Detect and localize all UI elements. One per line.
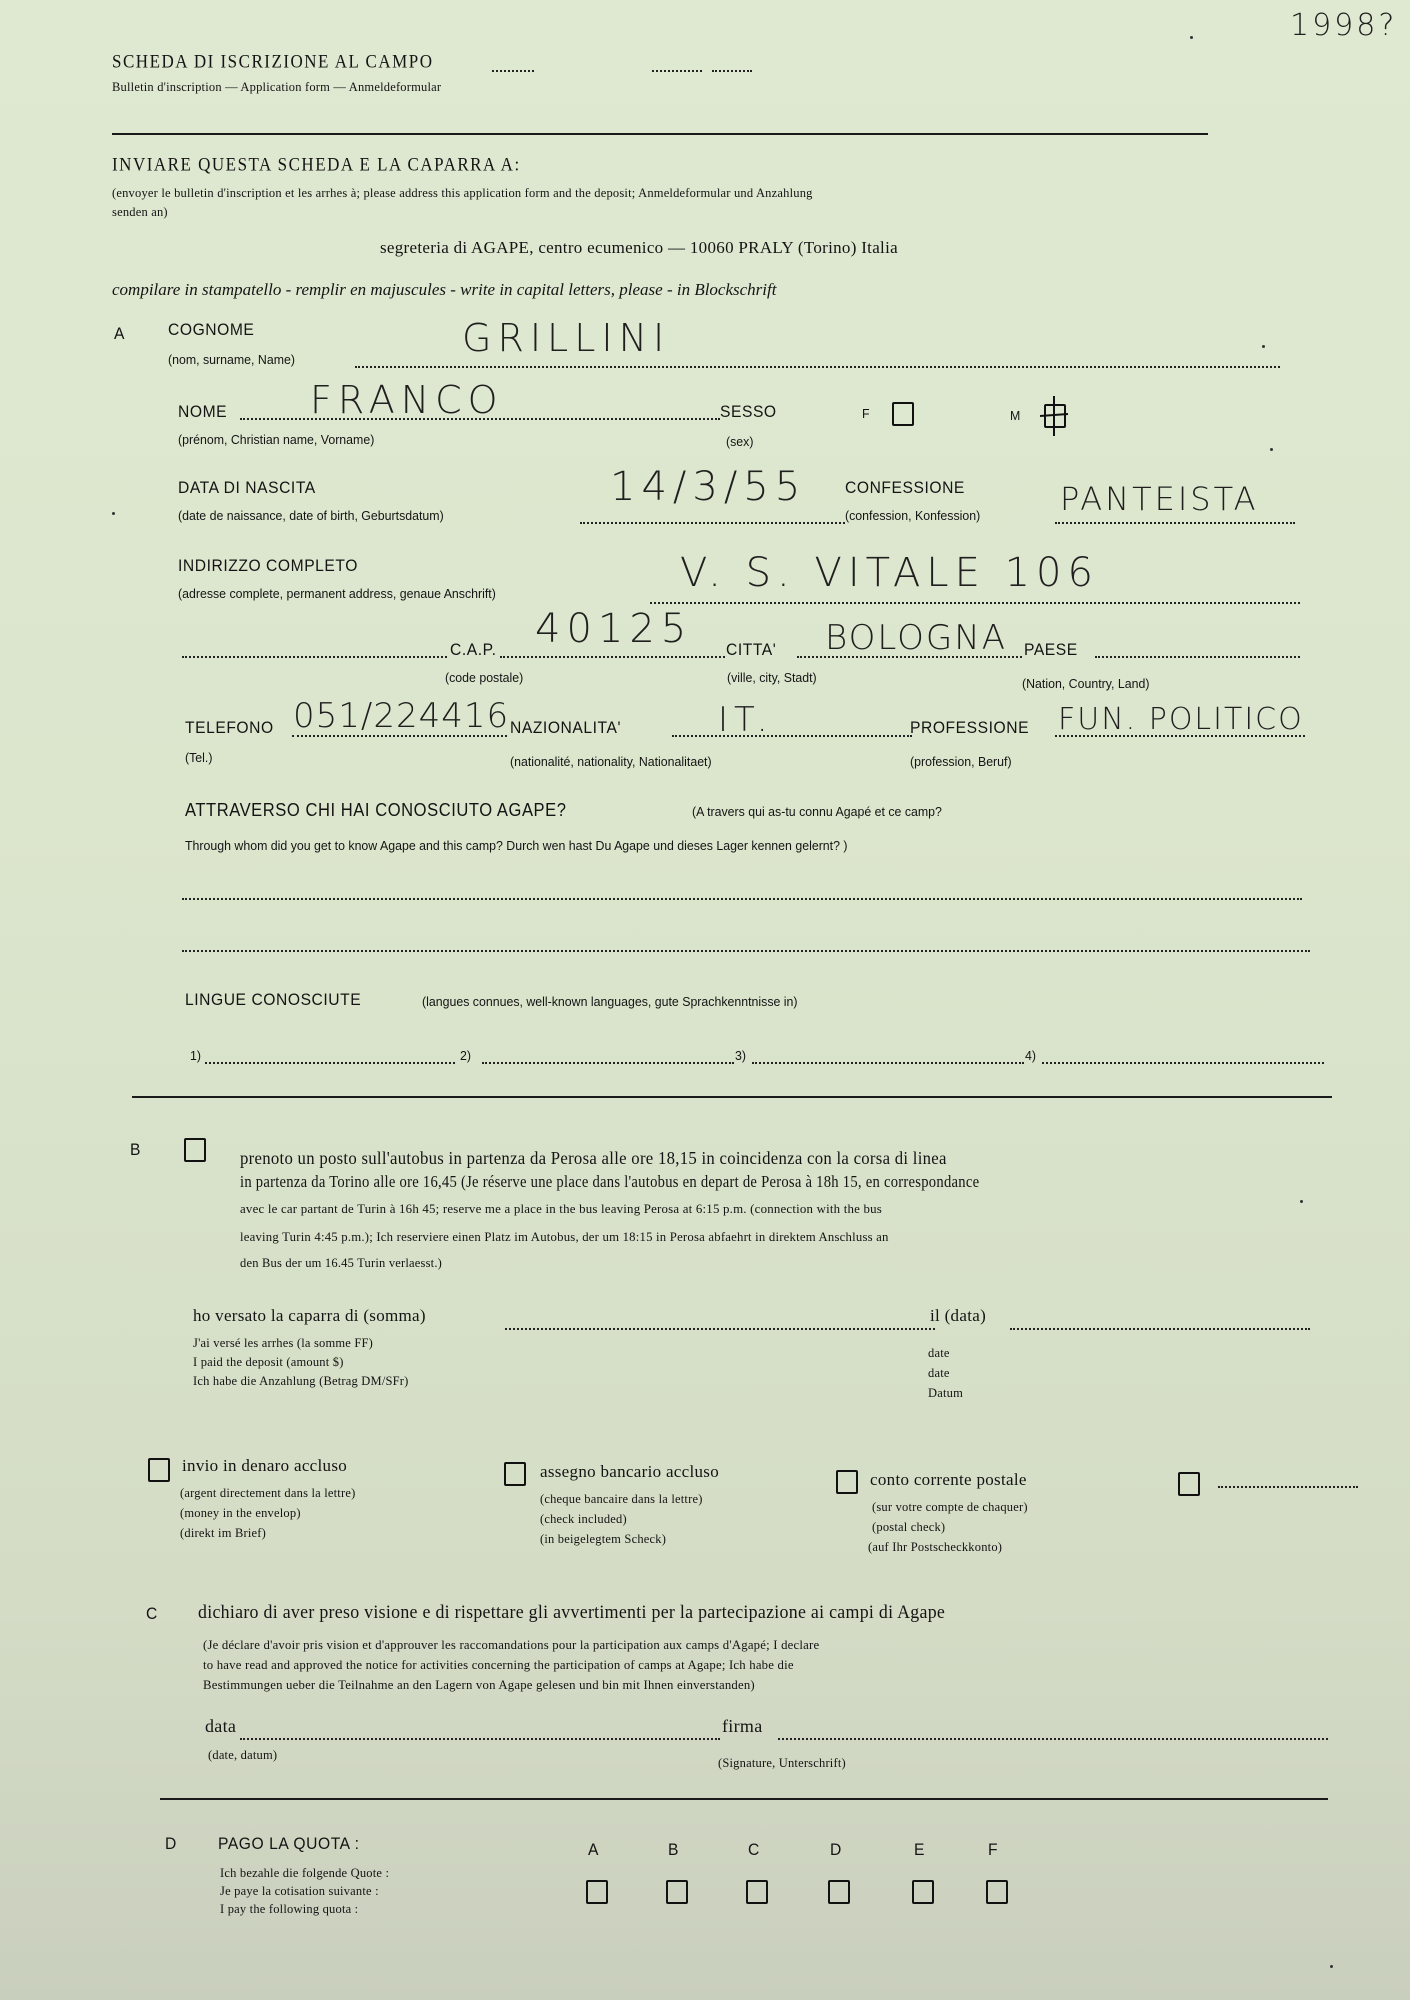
quota-f-checkbox[interactable]: [986, 1880, 1008, 1904]
quota-f-label: F: [988, 1840, 998, 1860]
nationality-label: NAZIONALITA': [510, 718, 621, 738]
profession-sub: (profession, Beruf): [910, 754, 1012, 769]
cap-field-line[interactable]: [500, 656, 725, 658]
surname-label: COGNOME: [168, 320, 254, 340]
birth-date-value[interactable]: 14/3/55: [610, 464, 806, 510]
scan-speck: [1262, 345, 1265, 348]
title-dots-3: [712, 70, 752, 72]
declaration-date-field[interactable]: [240, 1738, 720, 1740]
surname-sub: (nom, surname, Name): [168, 352, 295, 367]
payment-cheque-checkbox[interactable]: [504, 1462, 526, 1486]
deposit-sub-en: I paid the deposit (amount $): [193, 1355, 344, 1370]
deposit-date-de: Datum: [928, 1386, 963, 1401]
payment-cash-sub-de: (direkt im Brief): [180, 1526, 266, 1541]
confession-value[interactable]: PANTEISTA: [1060, 480, 1259, 518]
birth-date-sub: (date de naissance, date of birth, Gebur…: [178, 508, 444, 523]
language-field-4[interactable]: [1042, 1062, 1324, 1064]
address-label: INDIRIZZO COMPLETO: [178, 556, 358, 576]
quota-sub-fr: Je paye la cotisation suivante :: [220, 1884, 379, 1899]
payment-cheque-sub-fr: (cheque bancaire dans la lettre): [540, 1492, 703, 1507]
payment-cash-label: invio in denaro accluso: [182, 1456, 347, 1476]
handwritten-year-annotation: 1998?: [1290, 8, 1397, 43]
country-label: PAESE: [1024, 640, 1078, 660]
languages-sub: (langues connues, well-known languages, …: [422, 994, 798, 1009]
quota-c-checkbox[interactable]: [746, 1880, 768, 1904]
nationality-value[interactable]: IT.: [718, 700, 774, 740]
payment-postal-sub-fr: (sur votre compte de chaquer): [872, 1500, 1028, 1515]
quota-b-checkbox[interactable]: [666, 1880, 688, 1904]
payment-postal-label: conto corrente postale: [870, 1470, 1027, 1490]
confession-label: CONFESSIONE: [845, 478, 965, 498]
payment-cheque-label: assegno bancario accluso: [540, 1462, 719, 1482]
sex-m-checkbox[interactable]: [1044, 404, 1066, 428]
section-a-letter: A: [114, 324, 125, 344]
send-to-translation-2: senden an): [112, 205, 168, 220]
bus-text-line-2: in partenza da Torino alle ore 16,45 (Je…: [240, 1172, 979, 1192]
city-value[interactable]: BOLOGNA: [825, 618, 1007, 658]
sex-option-f-label: F: [862, 406, 870, 421]
address-value[interactable]: V. S. VITALE 106: [680, 550, 1099, 596]
title-dots: [492, 70, 534, 72]
quota-sub-en: I pay the following quota :: [220, 1902, 358, 1917]
payment-cash-sub-fr: (argent directement dans la lettre): [180, 1486, 355, 1501]
scan-speck: [1330, 1965, 1333, 1968]
declaration-text: dichiaro di aver preso visione e di risp…: [198, 1602, 945, 1624]
send-to-translation-1: (envoyer le bulletin d'inscription et le…: [112, 186, 813, 201]
quota-c-label: C: [748, 1840, 760, 1860]
sex-sub: (sex): [726, 434, 753, 449]
quota-a-checkbox[interactable]: [586, 1880, 608, 1904]
nationality-field-line[interactable]: [672, 735, 912, 737]
language-slot-3: 3): [735, 1048, 746, 1063]
section-c-letter: C: [146, 1604, 158, 1624]
declaration-date-label: data: [205, 1716, 236, 1737]
deposit-sub-de: Ich habe die Anzahlung (Betrag DM/SFr): [193, 1374, 409, 1389]
quota-label: PAGO LA QUOTA :: [218, 1834, 360, 1854]
language-field-3[interactable]: [752, 1062, 1024, 1064]
bus-reservation-checkbox[interactable]: [184, 1138, 206, 1162]
form-title: SCHEDA DI ISCRIZIONE AL CAMPO: [112, 51, 434, 73]
payment-postal-sub-en: (postal check): [872, 1520, 945, 1535]
form-subtitle: Bulletin d'inscription — Application for…: [112, 80, 441, 95]
confession-sub: (confession, Konfession): [845, 508, 980, 523]
scan-speck: [1190, 36, 1193, 39]
payment-cheque-sub-de: (in beigelegtem Scheck): [540, 1532, 666, 1547]
section-b-letter: B: [130, 1140, 141, 1160]
deposit-date-field[interactable]: [1010, 1328, 1310, 1330]
quota-a-label: A: [588, 1840, 599, 1860]
section-a-divider: [132, 1096, 1332, 1098]
language-field-2[interactable]: [482, 1062, 734, 1064]
referral-sub-en-de: Through whom did you get to know Agape a…: [185, 838, 848, 853]
agape-address: segreteria di AGAPE, centro ecumenico — …: [380, 238, 898, 258]
scan-speck: [1300, 1200, 1303, 1203]
country-field-line[interactable]: [1095, 656, 1300, 658]
quota-d-label: D: [830, 1840, 842, 1860]
signature-sub: (Signature, Unterschrift): [718, 1756, 846, 1771]
bus-text-line-3: avec le car partant de Turin à 16h 45; r…: [240, 1202, 882, 1217]
address-line-2[interactable]: [182, 656, 447, 658]
language-slot-4: 4): [1025, 1048, 1036, 1063]
referral-field-line-2[interactable]: [182, 950, 1310, 952]
bus-text-line-1: prenoto un posto sull'autobus in partenz…: [240, 1148, 947, 1169]
first-name-sub: (prénom, Christian name, Vorname): [178, 432, 374, 447]
sex-label: SESSO: [720, 402, 777, 422]
profession-label: PROFESSIONE: [910, 718, 1029, 738]
payment-cash-sub-en: (money in the envelop): [180, 1506, 301, 1521]
section-d-letter: D: [165, 1834, 177, 1854]
confession-field-line[interactable]: [1055, 522, 1295, 524]
surname-field-line[interactable]: [355, 366, 1280, 368]
quota-e-label: E: [914, 1840, 925, 1860]
referral-sub-fr: (A travers qui as-tu connu Agapé et ce c…: [692, 804, 942, 819]
sex-f-checkbox[interactable]: [892, 402, 914, 426]
send-to-heading: INVIARE QUESTA SCHEDA E LA CAPARRA A:: [112, 154, 521, 176]
referral-label: ATTRAVERSO CHI HAI CONOSCIUTO AGAPE?: [185, 800, 567, 821]
cap-label: C.A.P.: [450, 640, 497, 660]
profession-value[interactable]: FUN. POLITICO: [1058, 702, 1304, 737]
scan-speck: [112, 512, 115, 515]
language-field-1[interactable]: [205, 1062, 455, 1064]
language-slot-1: 1): [190, 1048, 201, 1063]
cap-value[interactable]: 40125: [535, 606, 692, 652]
payment-other-field[interactable]: [1218, 1486, 1358, 1488]
payment-postal-checkbox[interactable]: [836, 1470, 858, 1494]
signature-label: firma: [722, 1716, 762, 1737]
country-sub: (Nation, Country, Land): [1022, 676, 1149, 691]
bus-text-line-5: den Bus der um 16.45 Turin verlaesst.): [240, 1256, 442, 1271]
quota-d-checkbox[interactable]: [828, 1880, 850, 1904]
deposit-date-fr: date: [928, 1346, 950, 1361]
deposit-date-label: il (data): [930, 1306, 986, 1326]
address-field-line[interactable]: [650, 602, 1300, 604]
signature-field[interactable]: [778, 1738, 1328, 1740]
payment-cash-checkbox[interactable]: [148, 1458, 170, 1482]
deposit-sub-fr: J'ai versé les arrhes (la somme FF): [193, 1336, 373, 1351]
city-sub: (ville, city, Stadt): [727, 670, 817, 685]
phone-sub: (Tel.): [185, 750, 212, 765]
header-divider: [112, 133, 1208, 135]
cap-sub: (code postale): [445, 670, 523, 685]
languages-label: LINGUE CONOSCIUTE: [185, 990, 361, 1010]
scan-speck: [1270, 448, 1273, 451]
declaration-translation-2: to have read and approved the notice for…: [203, 1658, 794, 1673]
address-sub: (adresse complete, permanent address, ge…: [178, 586, 496, 601]
first-name-value[interactable]: FRANCO: [310, 378, 504, 422]
payment-postal-sub-de: (auf Ihr Postscheckkonto): [868, 1540, 1002, 1555]
first-name-label: NOME: [178, 402, 227, 422]
payment-other-checkbox[interactable]: [1178, 1472, 1200, 1496]
capital-letters-instruction: compilare in stampatello - remplir en ma…: [112, 280, 776, 300]
nationality-sub: (nationalité, nationality, Nationalitaet…: [510, 754, 712, 769]
payment-cheque-sub-en: (check included): [540, 1512, 627, 1527]
bus-text-line-4: leaving Turin 4:45 p.m.); Ich reserviere…: [240, 1230, 889, 1245]
section-c-divider: [160, 1798, 1328, 1800]
phone-label: TELEFONO: [185, 718, 274, 738]
deposit-amount-field[interactable]: [505, 1328, 935, 1330]
birth-date-label: DATA DI NASCITA: [178, 478, 316, 498]
check-mark-icon: [1040, 396, 1070, 436]
language-slot-2: 2): [460, 1048, 471, 1063]
quota-e-checkbox[interactable]: [912, 1880, 934, 1904]
city-label: CITTA': [726, 640, 776, 660]
quota-b-label: B: [668, 1840, 679, 1860]
surname-value[interactable]: GRILLINI: [462, 316, 670, 360]
deposit-date-en: date: [928, 1366, 950, 1381]
birth-date-field-line[interactable]: [580, 522, 845, 524]
sex-option-m-label: M: [1010, 408, 1020, 423]
quota-sub-de: Ich bezahle die folgende Quote :: [220, 1866, 389, 1881]
title-dots-2: [652, 70, 702, 72]
declaration-translation-3: Bestimmungen ueber die Teilnahme an den …: [203, 1678, 755, 1693]
declaration-translation-1: (Je déclare d'avoir pris vision et d'app…: [203, 1638, 819, 1653]
declaration-date-sub: (date, datum): [208, 1748, 277, 1763]
referral-field-line-1[interactable]: [182, 898, 1302, 900]
deposit-amount-label: ho versato la caparra di (somma): [193, 1306, 426, 1326]
phone-value[interactable]: 051/224416: [293, 696, 509, 736]
